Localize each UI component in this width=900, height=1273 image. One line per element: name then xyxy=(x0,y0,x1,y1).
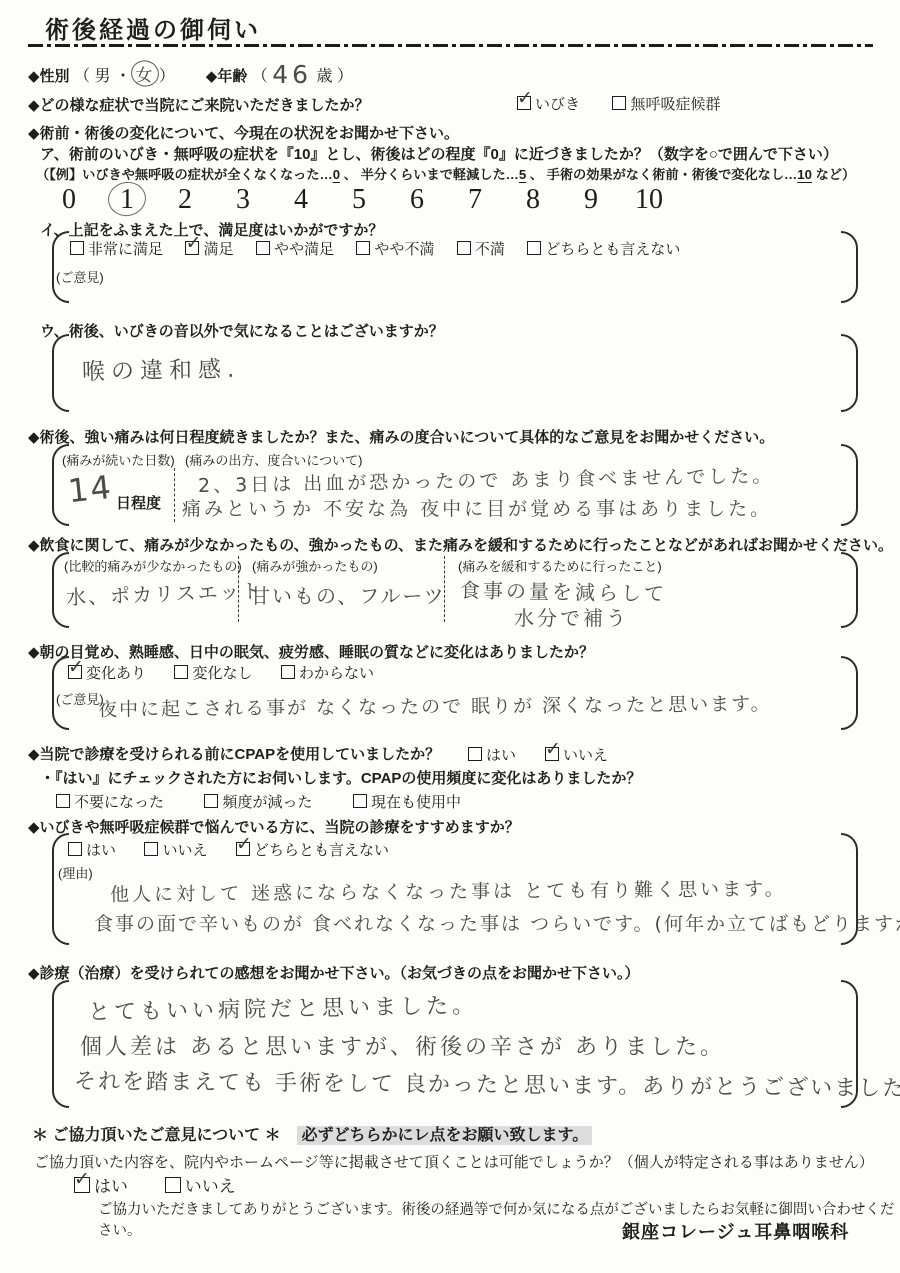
age-value: 46 xyxy=(272,60,312,89)
paren: （ xyxy=(74,68,90,85)
cpap-row: ◆当院で診療を受けられる前にCPAPを使用していましたか？ はい いいえ xyxy=(28,743,872,764)
pain-days-unit: 日程度 xyxy=(116,492,161,513)
bracket-left xyxy=(52,833,69,945)
example-value-10: 10 xyxy=(797,167,812,182)
opinion-label: (ご意見) xyxy=(56,689,104,708)
example-text: など） xyxy=(812,167,855,182)
satisfaction-response-area: 非常に満足 満足 やや満足 やや不満 不満 どちらとも言えない (ご意見) xyxy=(52,231,858,303)
option-label: 変化なし xyxy=(192,665,252,682)
bracket-right xyxy=(841,444,858,526)
consent-heading: ＊ ご協力頂いたご意見について ＊ 必ずどちらかにレ点をお願い致します。 xyxy=(32,1122,592,1145)
impression-line3: それを踏まえても 手術をして 良かったと思います。ありがとうございました。 xyxy=(74,1064,900,1102)
option-wakaranai[interactable]: わからない xyxy=(281,665,374,682)
reason-label: (理由) xyxy=(58,863,93,882)
recommend-response-area: はい いいえ どちらとも言えない (理由) 他人に対して 迷惑にならなくなった事… xyxy=(52,833,858,945)
checkbox[interactable] xyxy=(70,241,84,255)
checkbox[interactable] xyxy=(256,241,270,255)
option-fuman[interactable]: 不満 xyxy=(457,241,505,258)
bracket-right xyxy=(841,231,858,303)
checkbox[interactable] xyxy=(527,241,541,255)
pain-days-value: 14 xyxy=(66,468,114,510)
checkbox[interactable] xyxy=(56,794,70,808)
consent-heading-left: ＊ ご協力頂いたご意見について ＊ xyxy=(32,1127,281,1144)
scale-number[interactable]: 2 xyxy=(156,184,214,216)
option-rec-dochiratomo[interactable]: どちらとも言えない xyxy=(236,842,389,859)
pain-days-label: (痛みが続いた日数) xyxy=(62,450,175,469)
paren: （ xyxy=(252,68,268,85)
checkbox[interactable] xyxy=(468,747,482,761)
option-label: いいえ xyxy=(185,1177,236,1196)
symptom-question: ◆どの様な症状で当院にご来院いただきましたか？ xyxy=(28,94,370,115)
reason-line2: 食事の面で辛いものが 食べれなくなった事は つらいです。(何年か立てばもどります… xyxy=(94,909,900,936)
symptom-options: いびき 無呼吸症候群 xyxy=(517,93,720,114)
recommend-options: はい いいえ どちらとも言えない xyxy=(68,839,389,860)
food-col2-label: (痛みが強かったもの) xyxy=(252,556,378,575)
checkbox[interactable] xyxy=(185,241,199,255)
consent-options: はい いいえ xyxy=(74,1172,236,1197)
page-title: 術後経過の御伺い xyxy=(45,10,261,45)
gender-separator: ・ xyxy=(115,68,131,85)
option-genzai-shiyou[interactable]: 現在も使用中 xyxy=(353,794,461,811)
scale-number[interactable]: 0 xyxy=(40,184,98,216)
option-label: 変化あり xyxy=(86,665,146,682)
satisfaction-options: 非常に満足 満足 やや満足 やや不満 不満 どちらとも言えない xyxy=(70,238,680,259)
bracket-right xyxy=(841,656,858,730)
checkbox[interactable] xyxy=(74,1177,90,1193)
checkbox[interactable] xyxy=(68,665,82,679)
checkbox[interactable] xyxy=(281,665,295,679)
scale-number[interactable]: 4 xyxy=(272,184,330,216)
checkbox[interactable] xyxy=(457,241,471,255)
change-example: （【例】いびきや無呼吸の症状が全くなくなった…0 、 半分くらいまで軽減した…5… xyxy=(36,164,855,183)
option-label: いいえ xyxy=(563,747,608,764)
bracket-left xyxy=(52,980,69,1108)
option-fuyou[interactable]: 不要になった xyxy=(56,794,164,811)
option-manzoku[interactable]: 満足 xyxy=(185,241,233,258)
option-dochiratomo[interactable]: どちらとも言えない xyxy=(527,241,680,258)
paren: ） xyxy=(337,68,353,85)
option-rec-hai[interactable]: はい xyxy=(68,842,116,859)
impression-line1: とてもいい病院だと思いました。 xyxy=(88,989,478,1027)
scale-number[interactable]: 5 xyxy=(330,184,388,216)
consent-question: ご協力頂いた内容を、院内やホームページ等に掲載させて頂くことは可能でしょうか？（… xyxy=(34,1151,874,1172)
reason-line1: 他人に対して 迷惑にならなくなった事は とても有り難く思います。 xyxy=(110,874,787,907)
option-label: はい xyxy=(486,747,516,764)
checkbox[interactable] xyxy=(174,665,188,679)
sleep-options: 変化あり 変化なし わからない xyxy=(68,662,374,683)
option-label: 不要になった xyxy=(74,794,164,811)
scale-number[interactable]: 6 xyxy=(388,184,446,216)
bracket-right xyxy=(841,552,858,628)
impression-line2: 個人差は あると思いますが、術後の辛さが ありました。 xyxy=(80,1030,725,1061)
option-consent-hai[interactable]: はい xyxy=(74,1177,128,1196)
option-label: いいえ xyxy=(162,842,207,859)
consent-heading-highlight: 必ずどちらかにレ点をお願い致します。 xyxy=(297,1126,592,1145)
scale-number[interactable]: 3 xyxy=(214,184,272,216)
checkbox[interactable] xyxy=(204,794,218,808)
change-heading: ◆術前・術後の変化について、今現在の状況をお聞かせ下さい。 xyxy=(28,122,459,143)
scale-number[interactable]: 9 xyxy=(562,184,620,216)
sleep-opinion: 夜中に起こされる事が なくなったので 眠りが 深くなったと思います。 xyxy=(98,689,772,722)
divider-vertical xyxy=(444,556,445,622)
option-hijouni-manzoku[interactable]: 非常に満足 xyxy=(70,241,163,258)
option-ibiki[interactable]: いびき xyxy=(517,96,580,113)
cpap-question: ◆当院で診療を受けられる前にCPAPを使用していましたか？ xyxy=(28,746,440,763)
gender-option-male[interactable]: 男 xyxy=(94,68,110,85)
example-value-0: 0 xyxy=(333,167,340,182)
profile-row: ◆性別 （ 男 ・ 女 ） ◆年齢 （ 46 歳 ） xyxy=(28,58,353,87)
scale-number[interactable]: 7 xyxy=(446,184,504,216)
example-text: （【例】いびきや無呼吸の症状が全くなくなった… xyxy=(36,167,333,182)
option-henka-nashi[interactable]: 変化なし xyxy=(174,665,252,682)
option-label: わからない xyxy=(299,665,374,682)
food-response-area[interactable]: (比較的痛みが少なかったもの) 水、ポカリスエット (痛みが強かったもの) 甘い… xyxy=(52,552,858,628)
option-label: どちらとも言えない xyxy=(254,842,389,859)
option-mukokyuu[interactable]: 無呼吸症候群 xyxy=(612,96,720,113)
option-label: 不満 xyxy=(475,241,505,258)
option-label: 無呼吸症候群 xyxy=(630,96,720,113)
pain-response-area[interactable]: (痛みが続いた日数) 14 日程度 (痛みの出方、度合いについて) 2、3日は … xyxy=(52,444,858,526)
option-label: やや満足 xyxy=(274,241,334,258)
option-label: 頻度が減った xyxy=(222,794,312,811)
option-label: 満足 xyxy=(203,241,233,258)
option-label: 非常に満足 xyxy=(88,241,163,258)
option-consent-iie[interactable]: いいえ xyxy=(165,1177,236,1196)
food-col3-line2: 水分で補う xyxy=(514,602,629,631)
opinion-label: (ご意見) xyxy=(56,267,104,286)
paren: ） xyxy=(159,68,175,85)
pain-detail-line2: 痛みというか 不安な為 夜中に目が覚める事はありました。 xyxy=(182,494,772,521)
option-label: はい xyxy=(94,1177,128,1196)
concerns-answer: 喉の違和感. xyxy=(82,351,241,387)
divider-vertical xyxy=(238,556,239,622)
divider-vertical xyxy=(174,468,175,522)
change-sub-question: ア、術前のいびき・無呼吸の症状を『10』とし、術後はどの程度『0』に近づきました… xyxy=(40,143,838,164)
food-col1-answer: 水、ポカリスエット xyxy=(66,575,264,611)
option-henka-ari[interactable]: 変化あり xyxy=(68,665,146,682)
option-hindo-hetta[interactable]: 頻度が減った xyxy=(204,794,312,811)
option-label: どちらとも言えない xyxy=(545,241,680,258)
checkbox[interactable] xyxy=(68,842,82,856)
option-cpap-iie[interactable]: いいえ xyxy=(545,744,608,765)
checkbox[interactable] xyxy=(353,794,367,808)
scale-row: 012345678910 xyxy=(40,184,678,216)
scale-number[interactable]: 8 xyxy=(504,184,562,216)
option-yaya-manzoku[interactable]: やや満足 xyxy=(256,241,334,258)
concerns-response-area[interactable]: 喉の違和感. xyxy=(52,334,858,412)
age-label: ◆年齢 xyxy=(206,68,248,85)
impression-response-area[interactable]: とてもいい病院だと思いました。 個人差は あると思いますが、術後の辛さが ありま… xyxy=(52,980,858,1108)
sleep-response-area: 変化あり 変化なし わからない (ご意見) 夜中に起こされる事が なくなったので… xyxy=(52,656,858,730)
pain-detail-label: (痛みの出方、度合いについて) xyxy=(185,450,362,469)
bracket-left xyxy=(52,334,69,412)
option-label: はい xyxy=(86,842,116,859)
checkbox[interactable] xyxy=(517,96,531,110)
option-label: 現在も使用中 xyxy=(371,794,461,811)
cpap-followup-options: 不要になった 頻度が減った 現在も使用中 xyxy=(56,791,461,812)
clinic-name: 銀座コレージュ耳鼻咽喉科 xyxy=(622,1218,849,1244)
checkbox[interactable] xyxy=(612,96,626,110)
divider-dashdot xyxy=(28,44,873,47)
scale-number[interactable]: 10 xyxy=(620,184,678,216)
option-cpap-hai[interactable]: はい xyxy=(468,744,516,765)
example-text: 、 手術の効果がなく術前・術後で変化なし… xyxy=(526,167,797,182)
food-col1-label: (比較的痛みが少なかったもの) xyxy=(64,556,242,575)
gender-label: ◆性別 xyxy=(28,68,70,85)
food-col3-label: (痛みを緩和するために行ったこと) xyxy=(458,556,662,575)
questionnaire-page: 術後経過の御伺い ◆性別 （ 男 ・ 女 ） ◆年齢 （ 46 歳 ） ◆どの様… xyxy=(0,0,900,1273)
checkbox[interactable] xyxy=(144,842,158,856)
checkbox[interactable] xyxy=(545,747,559,761)
bracket-right xyxy=(841,334,858,412)
checkbox[interactable] xyxy=(165,1177,181,1193)
cpap-followup: ・『はい』にチェックされた方にお伺いします。CPAPの使用頻度に変化はありました… xyxy=(40,767,641,788)
option-label: いびき xyxy=(535,96,580,113)
age-unit: 歳 xyxy=(317,68,333,85)
scale-number[interactable]: 1 xyxy=(98,184,156,216)
option-rec-iie[interactable]: いいえ xyxy=(144,842,207,859)
option-label: やや不満 xyxy=(374,241,434,258)
food-col2-answer: 甘いもの、フルーツ xyxy=(250,580,446,609)
example-text: 、 半分くらいまで軽減した… xyxy=(340,167,519,182)
gender-option-female[interactable]: 女 xyxy=(135,61,154,86)
checkbox[interactable] xyxy=(356,241,370,255)
checkbox[interactable] xyxy=(236,842,250,856)
option-yaya-fuman[interactable]: やや不満 xyxy=(356,241,434,258)
